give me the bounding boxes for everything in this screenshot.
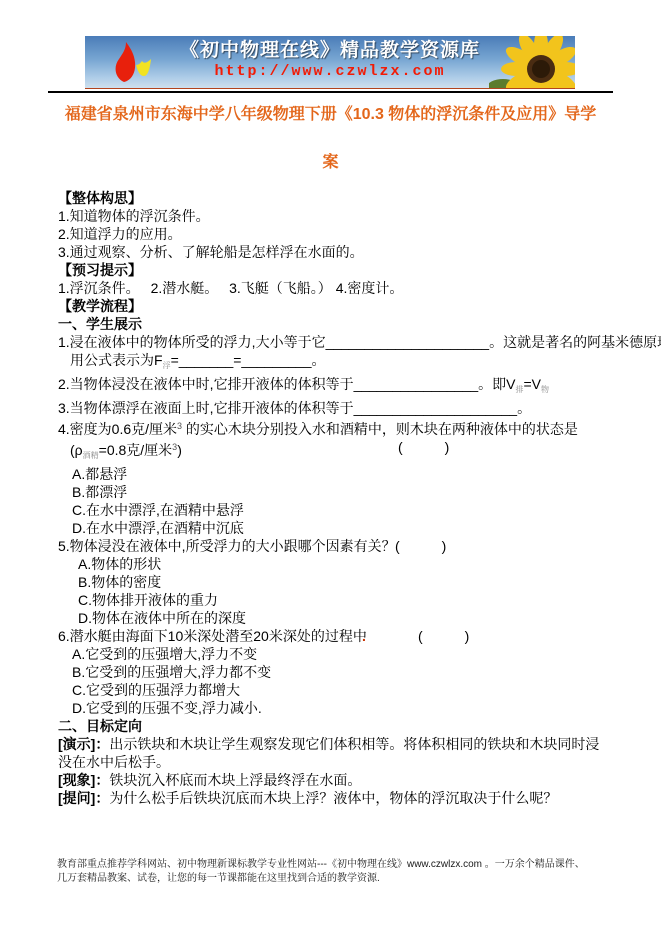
document-title-line1: 福建省泉州市东海中学八年级物理下册《10.3 物体的浮沉条件及应用》导学	[0, 105, 661, 125]
overall-item: 3.通过观察、分析、了解轮船是怎样浮在水面的。	[58, 243, 611, 261]
q2-text: =V	[523, 376, 541, 392]
q4-subscript-jiujing: 酒精	[83, 451, 99, 460]
question-3: 3.当物体漂浮在液面上时,它排开液体的体积等于_________________…	[58, 399, 611, 417]
footer-line2: 几万套精品教案、试卷，让您的每一节课都能在这里找到合适的教学资源.	[57, 872, 617, 886]
q6-red-dot: .	[362, 627, 366, 645]
q4-option-c: C.在水中漂浮,在酒精中悬浮	[58, 501, 611, 519]
q2-subscript-wu: 物	[541, 385, 549, 394]
q1-text: 。这就是著名的阿基米德原理.	[489, 334, 661, 350]
q1-text: 1.浸在液体中的物体所受的浮力,大小等于它	[58, 334, 326, 350]
q6-answer-blank: ( )	[418, 627, 469, 645]
q5-option-b: B.物体的密度	[58, 573, 611, 591]
question-1-line2: 用公式表示为F浮=_______=_________。	[58, 351, 611, 375]
q4-text: 4.密度为0.6克/厘米	[58, 421, 177, 437]
q5-option-d: D.物体在液体中所在的深度	[58, 609, 611, 627]
part2-heading: 二、目标定向	[58, 717, 611, 735]
q4-answer-blank: ( )	[398, 438, 449, 456]
q4-density: =0.8克/厘米	[99, 442, 173, 458]
q6-option-a: A.它受到的压强增大,浮力不变	[58, 645, 611, 663]
site-banner: 《初中物理在线》精品教学资源库 http://www.czwlzx.com	[85, 36, 575, 89]
demo-paragraph: [演示]：出示铁块和木块让学生观察发现它们体积相等。将体积相同的铁块和木块同时浸…	[58, 735, 611, 771]
q1-blank: _____________________	[326, 334, 490, 350]
phenomenon-text: 铁块沉入杯底而木块上浮最终浮在水面。	[109, 772, 361, 788]
q6-option-c: C.它受到的压强浮力都增大	[58, 681, 611, 699]
q4-text: 的实心木块分别投入水和酒精中，则木块在两种液体中的状态是	[182, 421, 578, 437]
q6-stem: 6.潜水艇由海面下10米深处潜至20米深处的过程中	[58, 628, 367, 644]
divider-rule	[48, 91, 613, 93]
section-heading-process: 【教学流程】	[58, 297, 611, 315]
q4-density: )	[177, 442, 182, 458]
question-6: 6.潜水艇由海面下10米深处潜至20米深处的过程中.( )	[58, 627, 611, 645]
question-2: 2.当物体浸没在液体中时,它排开液体的体积等于________________。…	[58, 375, 611, 399]
part1-heading: 一、学生展示	[58, 315, 611, 333]
page-footer: 教育部重点推荐学科网站、初中物理新课标教学专业性网站---《初中物理在线》www…	[57, 858, 617, 886]
question-paragraph: [提问]：为什么松手后铁块沉底而木块上浮？液体中，物体的浮沉取决于什么呢？	[58, 789, 611, 807]
worksheet-page: 《初中物理在线》精品教学资源库 http://www.czwlzx.com	[0, 0, 661, 936]
q1-formula: 用公式表示为F	[70, 352, 163, 368]
q5-stem: 5.物体浸没在液体中,所受浮力的大小跟哪个因素有关？	[58, 538, 396, 554]
document-body: 【整体构思】 1.知道物体的浮沉条件。 2.知道浮力的应用。 3.通过观察、分析…	[58, 189, 611, 807]
phenomenon-label: [现象]：	[58, 772, 109, 788]
q1-formula-blanks: =_______=_________。	[171, 352, 326, 368]
q4-option-a: A.都悬浮	[58, 465, 611, 483]
section-heading-overall: 【整体构思】	[58, 189, 611, 207]
question-1-line1: 1.浸在液体中的物体所受的浮力,大小等于它___________________…	[58, 333, 611, 351]
q4-option-d: D.在水中漂浮,在酒精中沉底	[58, 519, 611, 537]
q4-option-b: B.都漂浮	[58, 483, 611, 501]
q5-option-c: C.物体排开液体的重力	[58, 591, 611, 609]
question-text: 为什么松手后铁块沉底而木块上浮？液体中，物体的浮沉取决于什么呢？	[109, 790, 557, 806]
q5-answer-blank: ( )	[395, 537, 446, 555]
question-5: 5.物体浸没在液体中,所受浮力的大小跟哪个因素有关？( )	[58, 537, 611, 555]
overall-item: 2.知道浮力的应用。	[58, 225, 611, 243]
q2-text: 2.当物体浸没在液体中时,它排开液体的体积等于________________。…	[58, 376, 515, 392]
section-heading-preview: 【预习提示】	[58, 261, 611, 279]
overall-item: 1.知道物体的浮沉条件。	[58, 207, 611, 225]
footer-line1: 教育部重点推荐学科网站、初中物理新课标教学专业性网站---《初中物理在线》www…	[57, 858, 617, 872]
document-title-line2: 案	[0, 153, 661, 173]
phenomenon-paragraph: [现象]：铁块沉入杯底而木块上浮最终浮在水面。	[58, 771, 611, 789]
demo-label: [演示]：	[58, 736, 109, 752]
question-4-line2: (ρ酒精=0.8克/厘米3)( )	[58, 438, 611, 465]
q5-option-a: A.物体的形状	[58, 555, 611, 573]
q6-option-b: B.它受到的压强增大,浮力都不变	[58, 663, 611, 681]
document-title: 福建省泉州市东海中学八年级物理下册《10.3 物体的浮沉条件及应用》导学 案	[0, 105, 661, 173]
q4-density: (ρ	[70, 442, 83, 458]
preview-items: 1.浮沉条件。 2.潜水艇。 3.飞艇（飞船。） 4.密度计。	[58, 279, 611, 297]
sunflower-image	[489, 36, 575, 89]
question-label: [提问]：	[58, 790, 109, 806]
demo-text: 出示铁块和木块让学生观察发现它们体积相等。将体积相同的铁块和木块同时浸没在水中后…	[58, 736, 599, 770]
question-4-line1: 4.密度为0.6克/厘米3 的实心木块分别投入水和酒精中，则木块在两种液体中的状…	[58, 417, 611, 438]
q1-subscript: 浮	[163, 361, 171, 370]
q6-option-d: D.它受到的压强不变,浮力减小.	[58, 699, 611, 717]
